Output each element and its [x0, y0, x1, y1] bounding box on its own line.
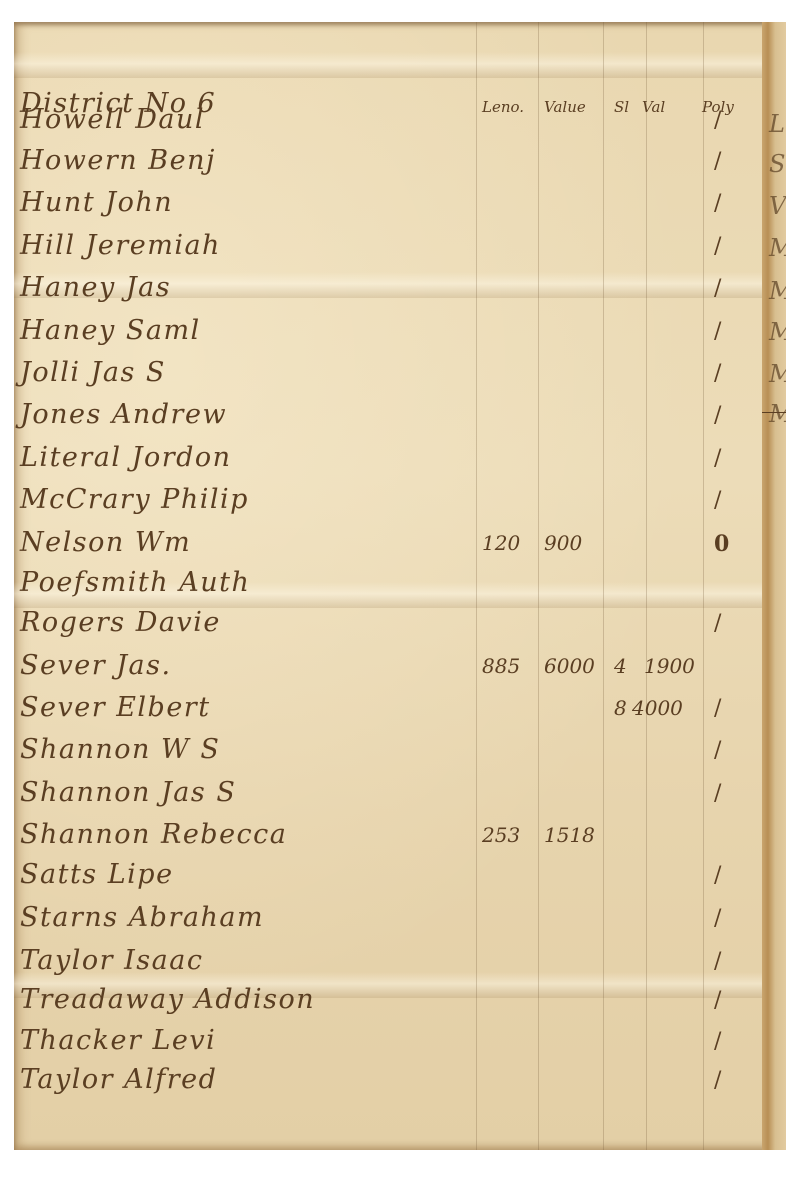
- taxpayer-name: Jolli Jas S: [20, 357, 166, 388]
- taxpayer-name: Shannon Rebecca: [20, 819, 287, 850]
- adjacent-page-fragment: M: [769, 277, 786, 305]
- taxpayer-name: Treadaway Addison: [20, 984, 315, 1015]
- poll-mark: /: [714, 403, 721, 428]
- poll-mark: /: [714, 276, 721, 301]
- sl-count: 4: [614, 654, 627, 678]
- taxpayer-name: Hunt John: [20, 187, 173, 218]
- taxpayer-name: McCrary Philip: [20, 484, 249, 515]
- ledger-row: Taylor Alfred/: [14, 1060, 762, 1100]
- ledger-row: Sever Elbert84000/: [14, 688, 762, 728]
- value-amount: 6000: [544, 654, 595, 678]
- ledger-row: Literal Jordon/: [14, 438, 762, 478]
- poll-mark: /: [714, 1029, 721, 1054]
- taxpayer-name: Howern Benj: [20, 145, 216, 176]
- poll-mark: /: [714, 361, 721, 386]
- taxpayer-name: Poefsmith Auth: [20, 567, 250, 598]
- ledger-row: McCrary Philip/: [14, 480, 762, 520]
- taxpayer-name: Jones Andrew: [20, 399, 227, 430]
- ledger-row: Nelson Wm1209000: [14, 523, 762, 563]
- poll-mark: /: [714, 949, 721, 974]
- leno-value: 253: [482, 823, 520, 847]
- poll-mark: /: [714, 319, 721, 344]
- ledger-row: Haney Saml/: [14, 311, 762, 351]
- poll-mark: /: [714, 446, 721, 471]
- taxpayer-name: Rogers Davie: [20, 607, 221, 638]
- val-amount: 1900: [644, 654, 695, 678]
- sl-count: 8: [614, 696, 627, 720]
- poll-mark: /: [714, 863, 721, 888]
- taxpayer-name: Starns Abraham: [20, 902, 264, 933]
- val-amount: 4000: [632, 696, 683, 720]
- poll-mark: /: [714, 149, 721, 174]
- ledger-row: Shannon W S/: [14, 730, 762, 770]
- taxpayer-name: Howell Daul: [20, 104, 205, 135]
- taxpayer-name: Taylor Isaac: [20, 945, 203, 976]
- adjacent-page-fragment: M: [769, 234, 786, 262]
- poll-mark: /: [714, 988, 721, 1013]
- poll-mark: 0: [714, 531, 729, 557]
- taxpayer-name: Hill Jeremiah: [20, 230, 221, 261]
- paper-fold: [14, 52, 762, 78]
- ledger-row: Howern Benj/: [14, 141, 762, 181]
- ledger-row: Jones Andrew/: [14, 395, 762, 435]
- poll-mark: /: [714, 191, 721, 216]
- ledger-row: Shannon Rebecca2531518: [14, 815, 762, 855]
- ledger-row: Hill Jeremiah/: [14, 226, 762, 266]
- poll-mark: /: [714, 488, 721, 513]
- ledger-row: Starns Abraham/: [14, 898, 762, 938]
- taxpayer-name: Sever Elbert: [20, 692, 211, 723]
- poll-mark: /: [714, 108, 721, 133]
- adjacent-page-fragment: M: [769, 400, 786, 428]
- poll-mark: /: [714, 906, 721, 931]
- taxpayer-name: Haney Jas: [20, 272, 171, 303]
- poll-mark: /: [714, 1068, 721, 1093]
- ledger-row: Shannon Jas S/: [14, 773, 762, 813]
- leno-value: 885: [482, 654, 520, 678]
- taxpayer-name: Taylor Alfred: [20, 1064, 217, 1095]
- ledger-row: Treadaway Addison/: [14, 980, 762, 1020]
- ledger-row: Sever Jas.885600041900: [14, 646, 762, 686]
- ledger-row: Rogers Davie/: [14, 603, 762, 643]
- ledger-row: Haney Jas/: [14, 268, 762, 308]
- taxpayer-name: Nelson Wm: [20, 527, 191, 558]
- poll-mark: /: [714, 781, 721, 806]
- taxpayer-name: Sever Jas.: [20, 650, 172, 681]
- taxpayer-name: Satts Lipe: [20, 859, 174, 890]
- poll-mark: /: [714, 611, 721, 636]
- ledger-page: District No 6 Leno. Value Sl Val Poly Ho…: [14, 22, 786, 1150]
- adjacent-page-fragment: M: [769, 318, 786, 346]
- value-amount: 900: [544, 531, 582, 555]
- adjacent-page-fragment: M: [769, 360, 786, 388]
- ledger-row: Poefsmith Auth: [14, 563, 762, 603]
- poll-mark: /: [714, 234, 721, 259]
- ledger-row: Taylor Isaac/: [14, 941, 762, 981]
- taxpayer-name: Shannon Jas S: [20, 777, 236, 808]
- ledger-row: Jolli Jas S/: [14, 353, 762, 393]
- poll-mark: /: [714, 738, 721, 763]
- ledger-row: Satts Lipe/: [14, 855, 762, 895]
- taxpayer-name: Literal Jordon: [20, 442, 232, 473]
- value-amount: 1518: [544, 823, 595, 847]
- adjacent-page-fragment: L: [769, 110, 785, 138]
- taxpayer-name: Thacker Levi: [20, 1025, 216, 1056]
- taxpayer-name: Haney Saml: [20, 315, 201, 346]
- adjacent-page-fragment: S: [769, 150, 785, 178]
- ledger-row: Howell Daul/: [14, 100, 762, 140]
- adjacent-page-fragment: V: [769, 192, 786, 220]
- ledger-row: Hunt John/: [14, 183, 762, 223]
- leno-value: 120: [482, 531, 520, 555]
- ledger-row: Thacker Levi/: [14, 1021, 762, 1061]
- taxpayer-name: Shannon W S: [20, 734, 220, 765]
- poll-mark: /: [714, 696, 721, 721]
